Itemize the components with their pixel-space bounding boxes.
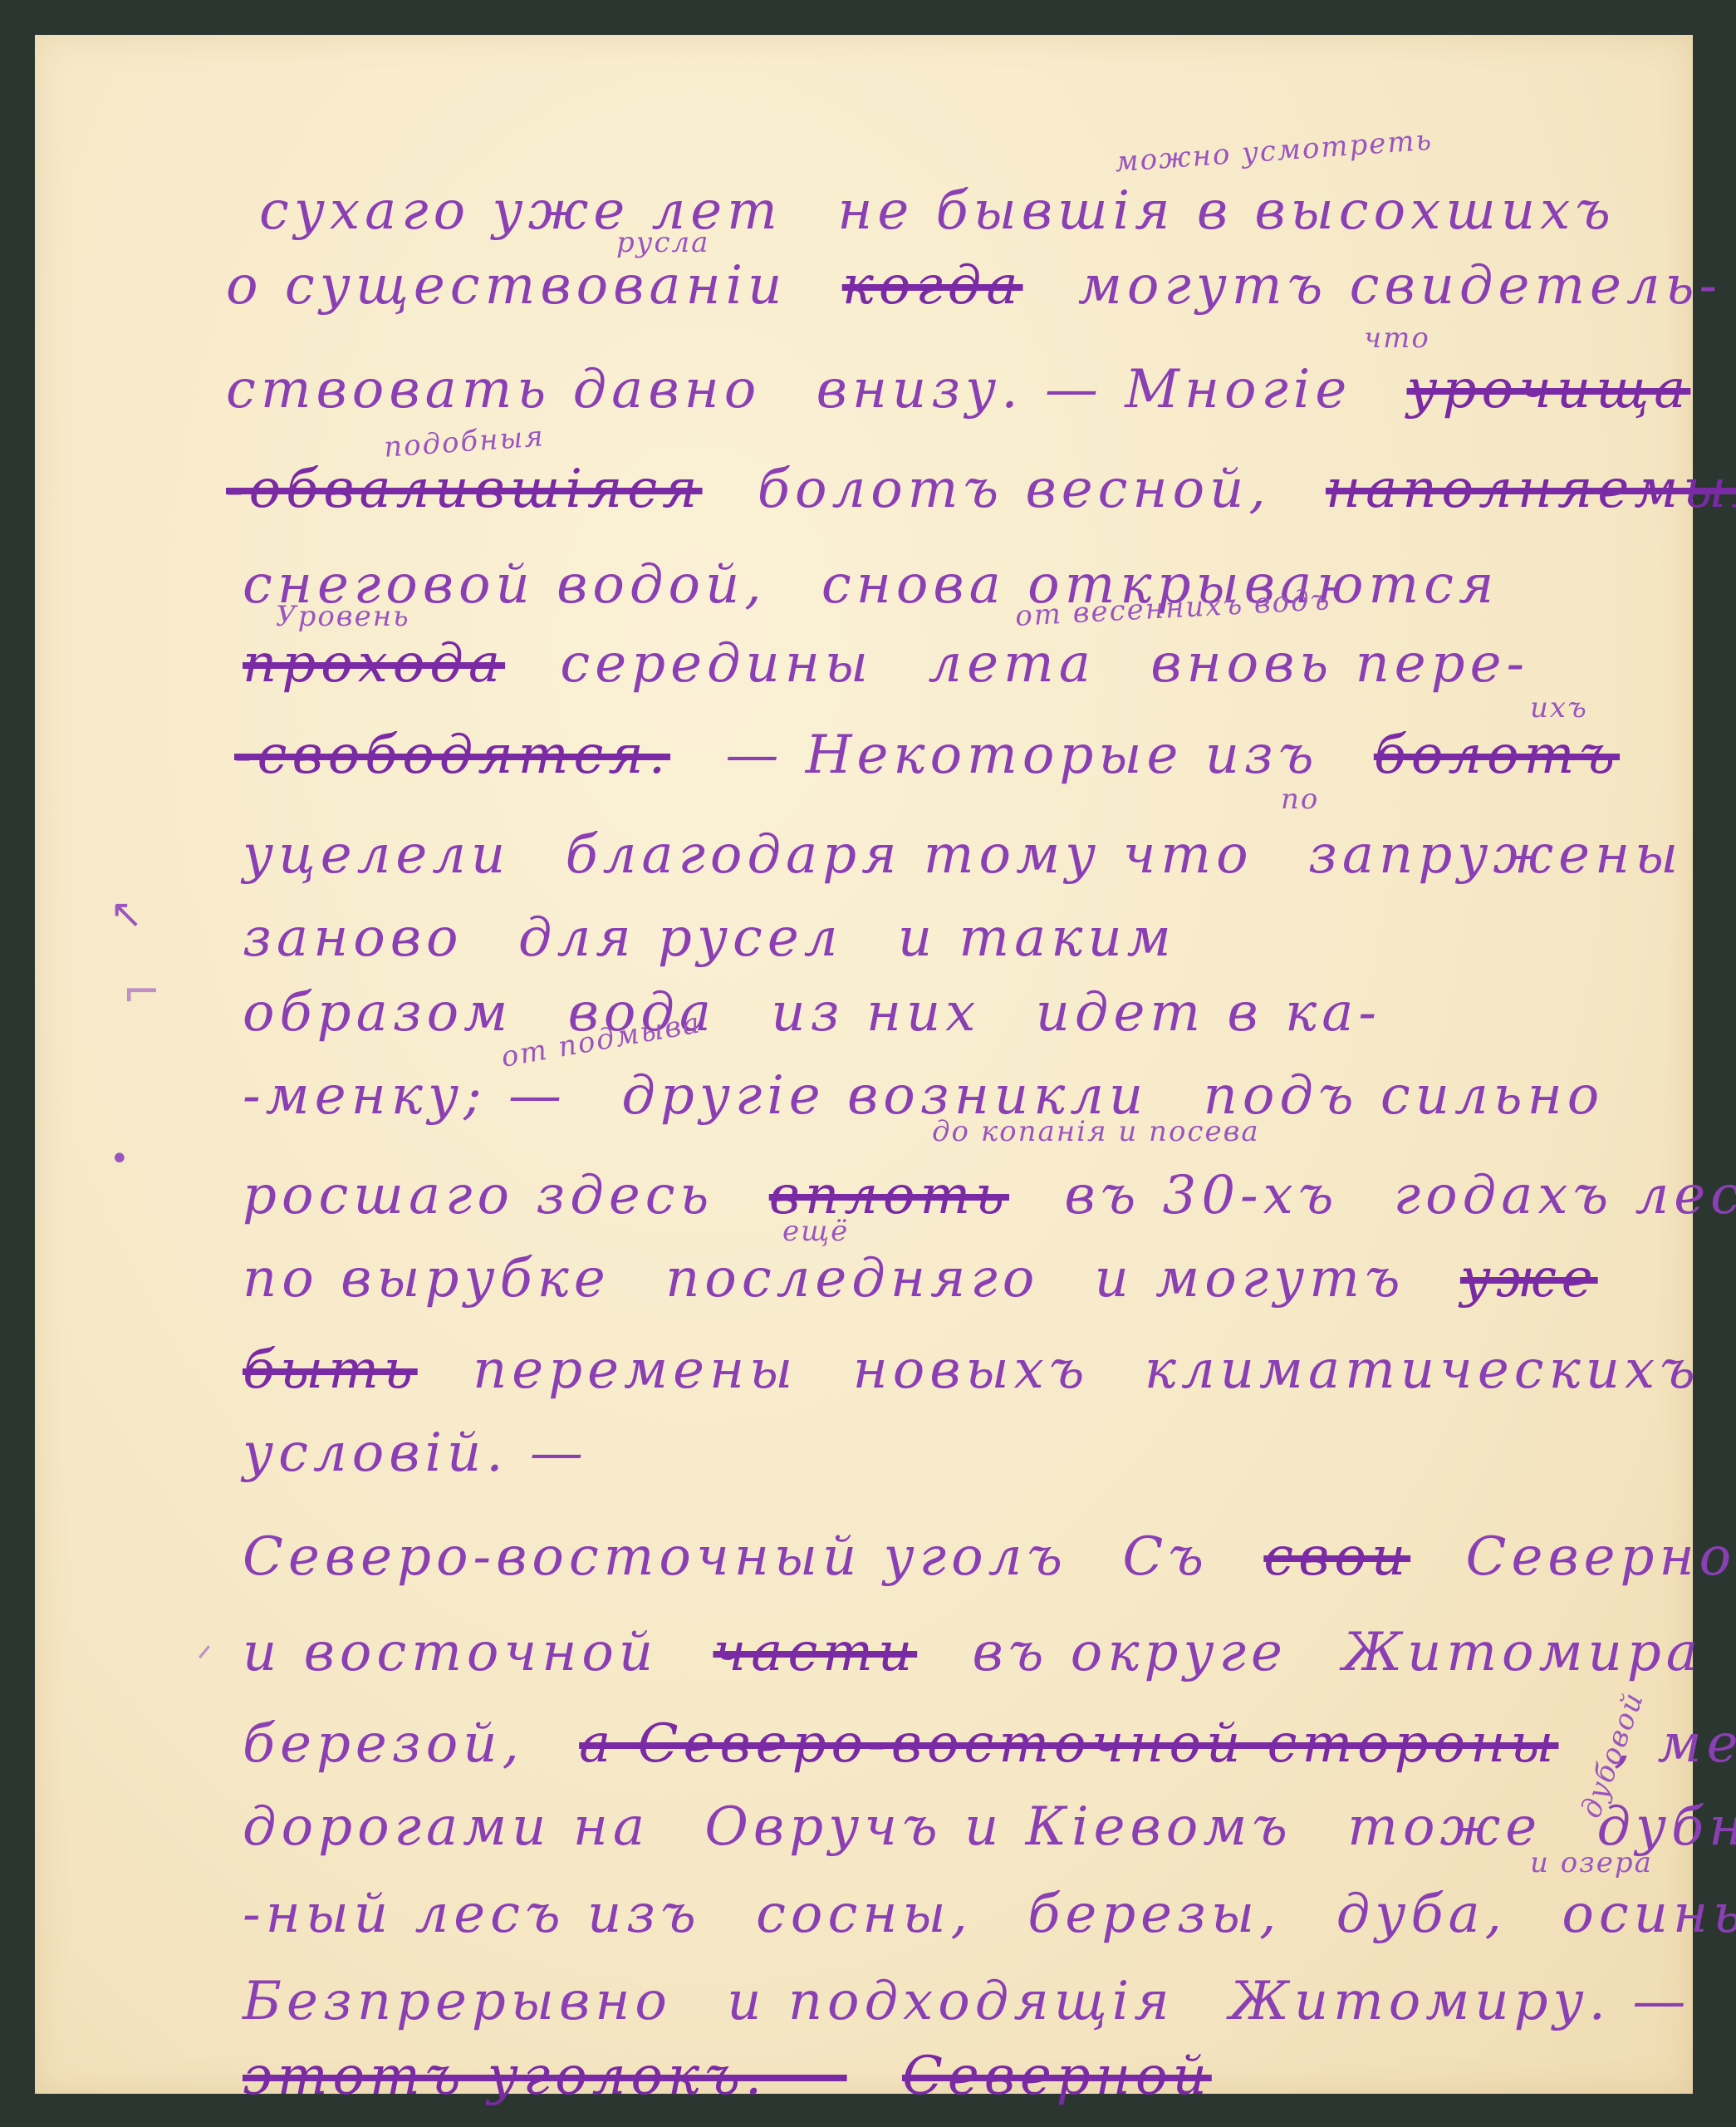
insertion-text: и озера [1530, 1846, 1653, 1879]
insertion-text: ещё [782, 1215, 849, 1248]
line-segment: для русел [518, 907, 843, 969]
struck-segment: -свободятся. [234, 725, 670, 786]
struck-segment: свои [1263, 1526, 1410, 1588]
line-segment: Съ [1122, 1526, 1209, 1588]
struck-segment: урочища [1407, 359, 1691, 420]
manuscript-page: сухаго уже лет не бывшія в высохшихъ мож… [35, 35, 1693, 2094]
struck-segment: наполняемыя [1326, 459, 1736, 520]
struck-segment: а Северо-восточной стороны [579, 1713, 1558, 1775]
line-segment: -менку; — [243, 1065, 566, 1127]
line-segment: березы, [1027, 1884, 1281, 1945]
line-segment: годахъ леса, [1394, 1165, 1736, 1226]
line-segment: и таким [898, 907, 1176, 969]
line-segment: внизу. — Многіе [817, 359, 1352, 420]
line-segment: и восточной [243, 1622, 658, 1683]
line-segment: Северо-восточный уголъ [243, 1526, 1067, 1588]
struck-segment: болотъ [1374, 725, 1620, 786]
line-segment: уцелели [243, 824, 510, 886]
line-segment: условій. — [243, 1422, 588, 1484]
manuscript-line-14: быть перемены новыхъ климатическихъ [243, 1339, 1734, 1401]
line-segment: запружены [1308, 824, 1683, 886]
insertion-text: подобныя [383, 420, 546, 464]
line-segment: Житомира [1342, 1622, 1703, 1683]
manuscript-line-6: прохода середины лета вновь пере- [243, 633, 1562, 695]
margin-dot-icon: • [110, 1140, 130, 1178]
line-segment: Северной [1466, 1526, 1736, 1588]
line-segment: въ 30-хъ [1064, 1165, 1338, 1226]
line-segment: могутъ свидетель- [1078, 255, 1722, 317]
line-segment: не бывшія в высохшихъ [837, 180, 1616, 242]
struck-segment: -обвалившіяся [226, 459, 703, 520]
line-segment: сосны, [756, 1884, 973, 1945]
line-segment: и подходящія [727, 1971, 1174, 2032]
line-segment: — Некоторые изъ [725, 725, 1318, 786]
margin-bracket-icon: ⌐ [122, 965, 161, 1019]
line-segment: дорогами на [243, 1796, 650, 1858]
manuscript-line-5: снеговой водой, снова открываются [243, 554, 1532, 616]
manuscript-line-9: заново для русел и таким [243, 907, 1209, 969]
manuscript-line-2: о существованіи когда могутъ свидетель- [226, 255, 1736, 317]
line-segment: вновь пере- [1150, 633, 1529, 695]
line-segment: подъ сильно [1204, 1065, 1605, 1127]
manuscript-line-12: росшаго здесь вплоть въ 30-хъ годахъ лес… [243, 1165, 1736, 1226]
insertion-text: по [1281, 783, 1319, 816]
line-segment: из них [771, 982, 980, 1044]
insertion-text: русла [616, 226, 709, 259]
manuscript-line-17: и восточной части въ округе Житомира [243, 1622, 1736, 1683]
struck-segment: уже [1460, 1248, 1598, 1309]
struck-segment: когда [842, 255, 1023, 317]
line-segment: дуба, [1336, 1884, 1507, 1945]
insertion-text: до копанія и посева [932, 1115, 1260, 1148]
manuscript-line-16: Северо-восточный уголъ Съ свои Северной [243, 1526, 1736, 1588]
manuscript-line-20: -ный лесъ изъ сосны, березы, дуба, осины [243, 1884, 1736, 1945]
struck-segment: Северной [902, 2046, 1212, 2107]
manuscript-line-22: этотъ уголокъ. — Северной [243, 2046, 1245, 2107]
line-segment: въ округе [973, 1622, 1287, 1683]
line-segment: ствовать давно [226, 359, 761, 420]
line-segment: новыхъ [853, 1339, 1090, 1401]
line-segment: середины [560, 633, 873, 695]
manuscript-line-15: условій. — [243, 1422, 621, 1484]
manuscript-line-21: Безпрерывно и подходящія Житомиру. — [243, 1971, 1724, 2032]
struck-segment: прохода [243, 633, 505, 695]
line-segment: березой, [243, 1713, 524, 1775]
line-segment: тоже [1347, 1796, 1542, 1858]
manuscript-line-4: -обвалившіяся болотъ весной, наполняемыя [226, 459, 1736, 520]
line-segment: -ный лесъ изъ [243, 1884, 701, 1945]
insertion-text: что [1364, 322, 1430, 355]
manuscript-line-10: образом вода из них идет в ка- [243, 982, 1415, 1044]
struck-segment: быть [243, 1339, 418, 1401]
line-segment: благодаря тому что [566, 824, 1253, 886]
line-segment: и могутъ [1095, 1248, 1405, 1309]
struck-segment: части [713, 1622, 917, 1683]
insertion-text: можно усмотреть [1114, 124, 1434, 179]
insertion-text: ихъ [1530, 691, 1588, 725]
insertion-text: Уровень [276, 600, 410, 633]
line-segment: о существованіи [226, 255, 787, 317]
line-segment: перемены [473, 1339, 797, 1401]
line-segment: заново [243, 907, 463, 969]
line-segment: образом [243, 982, 512, 1044]
manuscript-line-1: сухаго уже лет не бывшія в высохшихъ [259, 180, 1649, 242]
line-segment: последняго [665, 1248, 1039, 1309]
manuscript-line-7: -свободятся. — Некоторые изъ болотъ [234, 725, 1653, 786]
manuscript-line-8: уцелели благодаря тому что запружены [243, 824, 1716, 886]
line-segment: лета [928, 633, 1095, 695]
line-segment: климатическихъ [1145, 1339, 1700, 1401]
struck-segment: этотъ уголокъ. — [243, 2046, 847, 2107]
margin-tick-icon: ᐟ [197, 1638, 213, 1681]
line-segment: Безпрерывно [243, 1971, 672, 2032]
manuscript-line-19: дорогами на Овручъ и Кіевомъ тоже дубняк… [243, 1796, 1736, 1858]
manuscript-line-3: ствовать давно внизу. — Многіе урочища [226, 359, 1724, 420]
line-segment: по вырубке [243, 1248, 611, 1309]
manuscript-line-18: березой, а Северо-восточной стороны , ме… [243, 1713, 1736, 1775]
margin-caret-icon: ↖ [110, 891, 143, 937]
manuscript-line-13: по вырубке последняго и могутъ уже [243, 1248, 1631, 1309]
line-segment: росшаго здесь [243, 1165, 714, 1226]
line-segment: Овручъ и Кіевомъ [704, 1796, 1292, 1858]
line-segment: болотъ весной, [758, 459, 1271, 520]
line-segment: осины [1562, 1884, 1736, 1945]
line-segment: Житомиру. — [1229, 1971, 1690, 2032]
line-segment: идет в ка- [1036, 982, 1381, 1044]
